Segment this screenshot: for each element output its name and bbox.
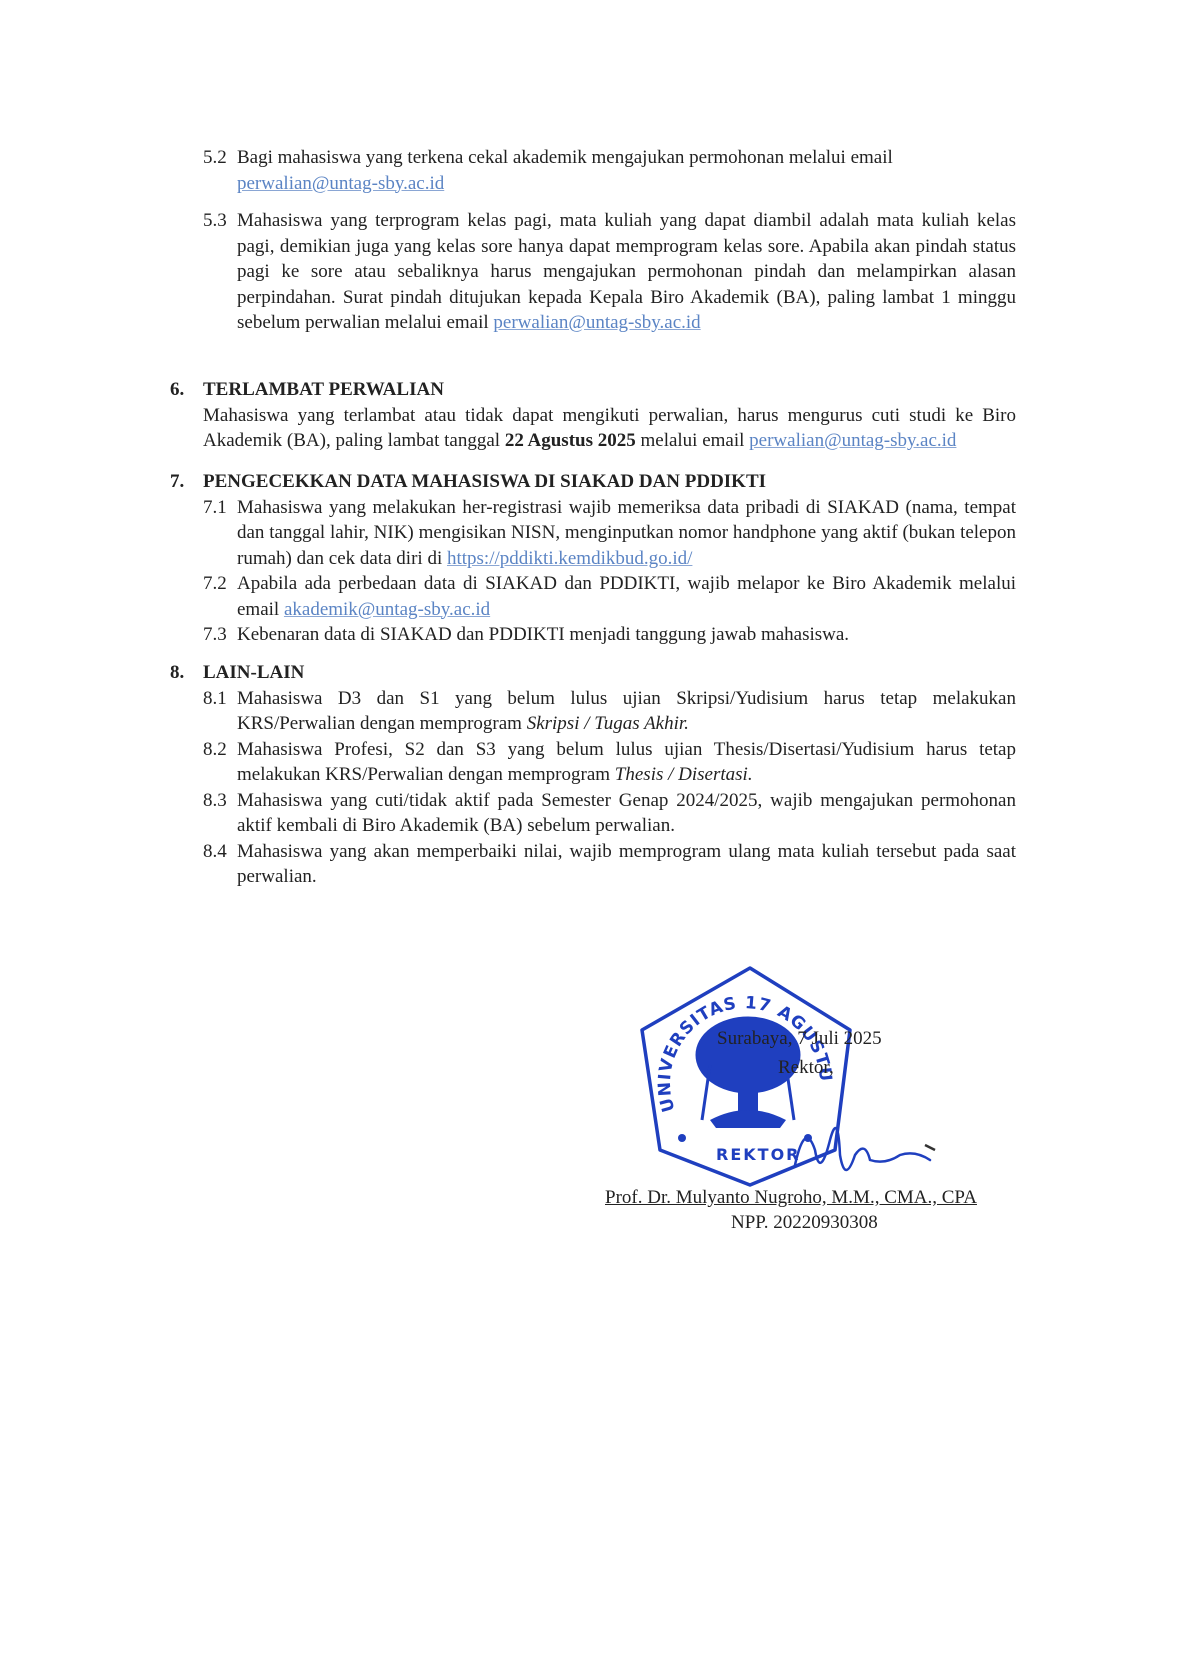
section-number: 8. [170,660,184,686]
item-8-1: 8.1 Mahasiswa D3 dan S1 yang belum lulus… [203,686,1016,737]
item-number: 7.2 [203,571,227,597]
email-link-perwalian[interactable]: perwalian@untag-sby.ac.id [237,173,444,194]
pddikti-link[interactable]: https://pddikti.kemdikbud.go.id/ [447,548,692,569]
email-link-perwalian[interactable]: perwalian@untag-sby.ac.id [493,312,700,333]
section-number: 7. [170,469,184,495]
signature-role: Rektor, [778,1057,834,1079]
item-number: 7.1 [203,495,227,521]
item-number: 8.3 [203,788,227,814]
item-8-3: 8.3 Mahasiswa yang cuti/tidak aktif pada… [203,788,1016,839]
item-7-2: 7.2 Apabila ada perbedaan data di SIAKAD… [203,571,1016,622]
section-title: PENGECEKKAN DATA MAHASISWA DI SIAKAD DAN… [203,471,766,492]
item-text: Mahasiswa yang akan memperbaiki nilai, w… [237,841,1016,888]
section-title: LAIN-LAIN [203,662,304,683]
signatory-npp: NPP. 20220930308 [731,1212,878,1234]
paragraph-text: melalui email [636,430,749,451]
stamp-bottom-text: REKTOR [716,1145,800,1164]
section-heading: 7. PENGECEKKAN DATA MAHASISWA DI SIAKAD … [203,469,1016,495]
item-5-2: 5.2 Bagi mahasiswa yang terkena cekal ak… [203,145,1016,196]
item-text: Mahasiswa yang cuti/tidak aktif pada Sem… [237,790,1016,837]
item-italic: Thesis / Disertasi. [615,764,753,785]
signature-place-date: Surabaya, 7 Juli 2025 [717,1028,882,1050]
section-paragraph: Mahasiswa yang terlambat atau tidak dapa… [203,403,1016,454]
item-8-4: 8.4 Mahasiswa yang akan memperbaiki nila… [203,839,1016,890]
email-link-perwalian[interactable]: perwalian@untag-sby.ac.id [749,430,956,451]
section-terlambat-perwalian: 6. TERLAMBAT PERWALIAN Mahasiswa yang te… [203,377,1016,454]
section-heading: 8. LAIN-LAIN [203,660,1016,686]
section-number: 6. [170,377,184,403]
email-link-akademik[interactable]: akademik@untag-sby.ac.id [284,599,490,620]
section-pengecekkan-data: 7. PENGECEKKAN DATA MAHASISWA DI SIAKAD … [203,469,1016,648]
item-7-1: 7.1 Mahasiswa yang melakukan her-registr… [203,495,1016,572]
deadline-date: 22 Agustus 2025 [505,430,636,451]
document-page: 5.2 Bagi mahasiswa yang terkena cekal ak… [0,0,1190,1680]
item-number: 8.4 [203,839,227,865]
signature-block: UNIVERSITAS 17 AGUSTUS 1945 SURABAYA REK… [600,960,1040,1240]
item-number: 5.3 [203,208,227,234]
section-heading: 6. TERLAMBAT PERWALIAN [203,377,1016,403]
handwritten-signature-icon [790,1110,940,1190]
section-lain-lain: 8. LAIN-LAIN 8.1 Mahasiswa D3 dan S1 yan… [203,660,1016,890]
item-italic: Skripsi / Tugas Akhir. [527,713,689,734]
item-number: 8.1 [203,686,227,712]
item-number: 5.2 [203,145,227,171]
item-5-3: 5.3 Mahasiswa yang terprogram kelas pagi… [203,208,1016,336]
item-7-3: 7.3 Kebenaran data di SIAKAD dan PDDIKTI… [203,622,1016,648]
item-text: Bagi mahasiswa yang terkena cekal akadem… [237,147,893,168]
item-text: Kebenaran data di SIAKAD dan PDDIKTI men… [237,624,849,645]
signatory-name: Prof. Dr. Mulyanto Nugroho, M.M., CMA., … [605,1187,977,1209]
item-number: 7.3 [203,622,227,648]
section-title: TERLAMBAT PERWALIAN [203,379,444,400]
item-number: 8.2 [203,737,227,763]
item-8-2: 8.2 Mahasiswa Profesi, S2 dan S3 yang be… [203,737,1016,788]
